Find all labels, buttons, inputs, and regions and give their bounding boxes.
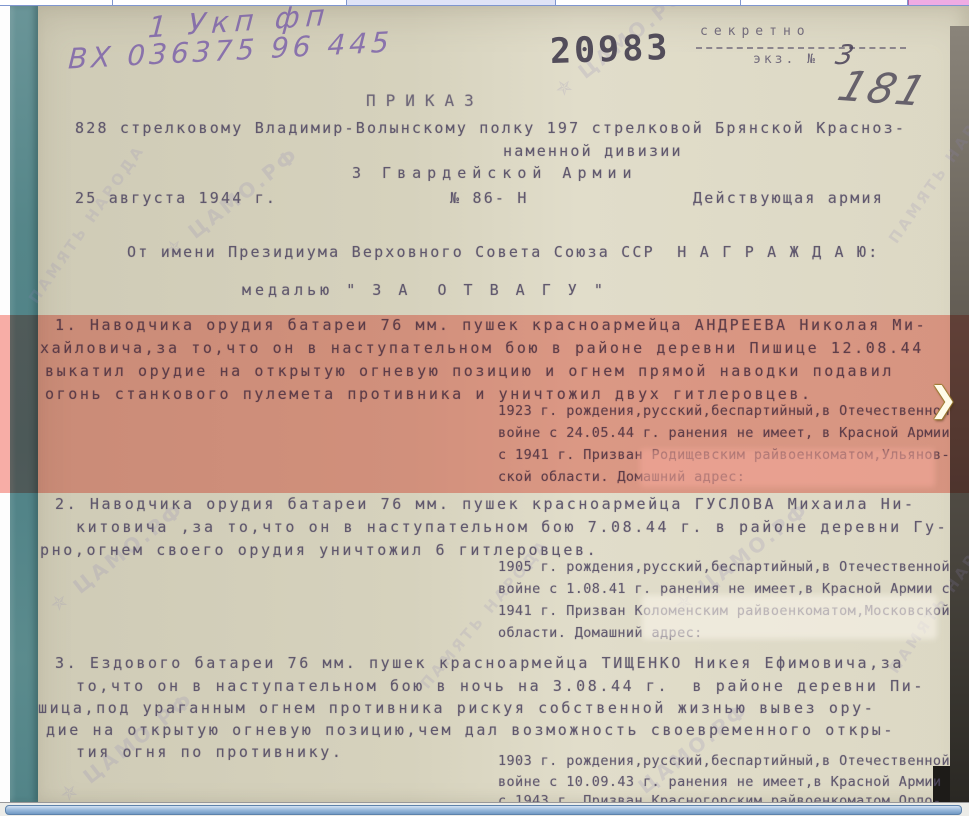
order-item-2-line: китовича ,за то,что он в наступательном … bbox=[76, 518, 948, 536]
horizontal-scrollbar-thumb[interactable] bbox=[5, 805, 962, 815]
header-order-number: № 86- Н bbox=[450, 189, 529, 207]
header-date: 25 августа 1944 г. bbox=[75, 189, 277, 207]
copy-label: экз. № bbox=[753, 52, 818, 67]
secrecy-label: секретно bbox=[700, 24, 811, 39]
order-item-3-bio-line: войне с 10.09.43 г. ранения не имеет,в К… bbox=[498, 774, 941, 790]
header-line-2: наменной дивизии bbox=[503, 142, 683, 160]
next-page-button[interactable]: ❯ bbox=[929, 383, 958, 417]
secrecy-underline bbox=[696, 47, 906, 49]
doc-type-title: ПРИКАЗ bbox=[366, 91, 484, 110]
horizontal-scrollbar[interactable] bbox=[0, 802, 969, 816]
browser-tab[interactable] bbox=[556, 0, 741, 5]
order-item-2-line: 2. Наводчика орудия батареи 76 мм. пушек… bbox=[55, 495, 916, 513]
document-scan-view: ✯ ЦАМО.РФ ✯ ЦАМО.РФ ПАМЯТЬ НАРОДА ПАМЯТЬ… bbox=[0, 0, 969, 816]
order-item-3-line: шица,под ураганным огнем противника риск… bbox=[38, 699, 875, 717]
order-item-3-line: 3. Ездового батареи 76 мм. пушек красноа… bbox=[55, 654, 904, 672]
header-army-line: 3 Гвардейской Армии bbox=[352, 164, 638, 182]
order-item-2-line: рно,огнем своего орудия уничтожил 6 гитл… bbox=[40, 541, 598, 559]
number-stamp: 20983 bbox=[549, 28, 671, 72]
browser-tab-active[interactable] bbox=[908, 0, 969, 5]
browser-tab[interactable] bbox=[0, 0, 113, 5]
order-item-3-line: дие на открытую огневую позицию,чем дал … bbox=[46, 721, 895, 739]
header-army-status: Действующая армия bbox=[693, 189, 884, 207]
search-hit-highlight bbox=[0, 315, 969, 493]
header-line-1: 828 стрелковому Владимир-Волынскому полк… bbox=[75, 119, 906, 137]
medal-line: медалью " З А О Т В А Г У " bbox=[242, 281, 607, 299]
redacted-address-area bbox=[642, 595, 937, 639]
order-item-3-line: тия огня по противнику. bbox=[76, 743, 344, 761]
order-item-3-line: то,что он в наступательном бою в ночь на… bbox=[76, 677, 925, 695]
browser-tab-strip bbox=[0, 0, 969, 6]
page-number-handwritten: 181 bbox=[832, 61, 934, 115]
browser-tab[interactable] bbox=[113, 0, 347, 5]
award-preamble-line: От имени Президиума Верховного Совета Со… bbox=[127, 243, 879, 261]
browser-tab[interactable] bbox=[741, 0, 908, 5]
order-item-2-bio-line: 1905 г. рождения,русский,беспартийный,в … bbox=[498, 559, 950, 575]
order-item-3-bio-line: 1903 г. рождения,русский,беспартийный,в … bbox=[498, 753, 950, 769]
browser-tab[interactable] bbox=[347, 0, 556, 5]
